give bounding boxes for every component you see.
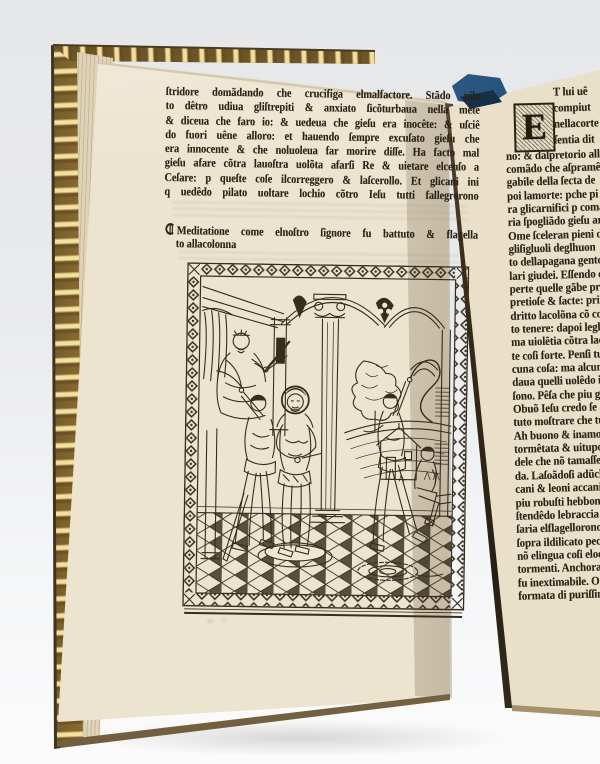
decorated-initial-drop-cap: E (513, 103, 555, 153)
flagellation-of-christ-woodcut-icon (182, 262, 469, 619)
paragraph: ſtridore domãdando che crucifiga elmalfa… (164, 84, 496, 203)
chapter-heading: Meditatione come elnoſtro ſignore fu bat… (164, 222, 494, 255)
faint-signature-mark (204, 616, 232, 625)
right-page-text-column: T lui uêcompiutnellacorteſentia ditno: &… (504, 82, 600, 603)
text-line: formata di puriſſimo (518, 586, 600, 603)
left-page-text-block: ſtridore domãdando che crucifiga elmalfa… (164, 84, 496, 255)
book-photograph: ſtridore domãdando che crucifiga elmalfa… (0, 0, 600, 764)
